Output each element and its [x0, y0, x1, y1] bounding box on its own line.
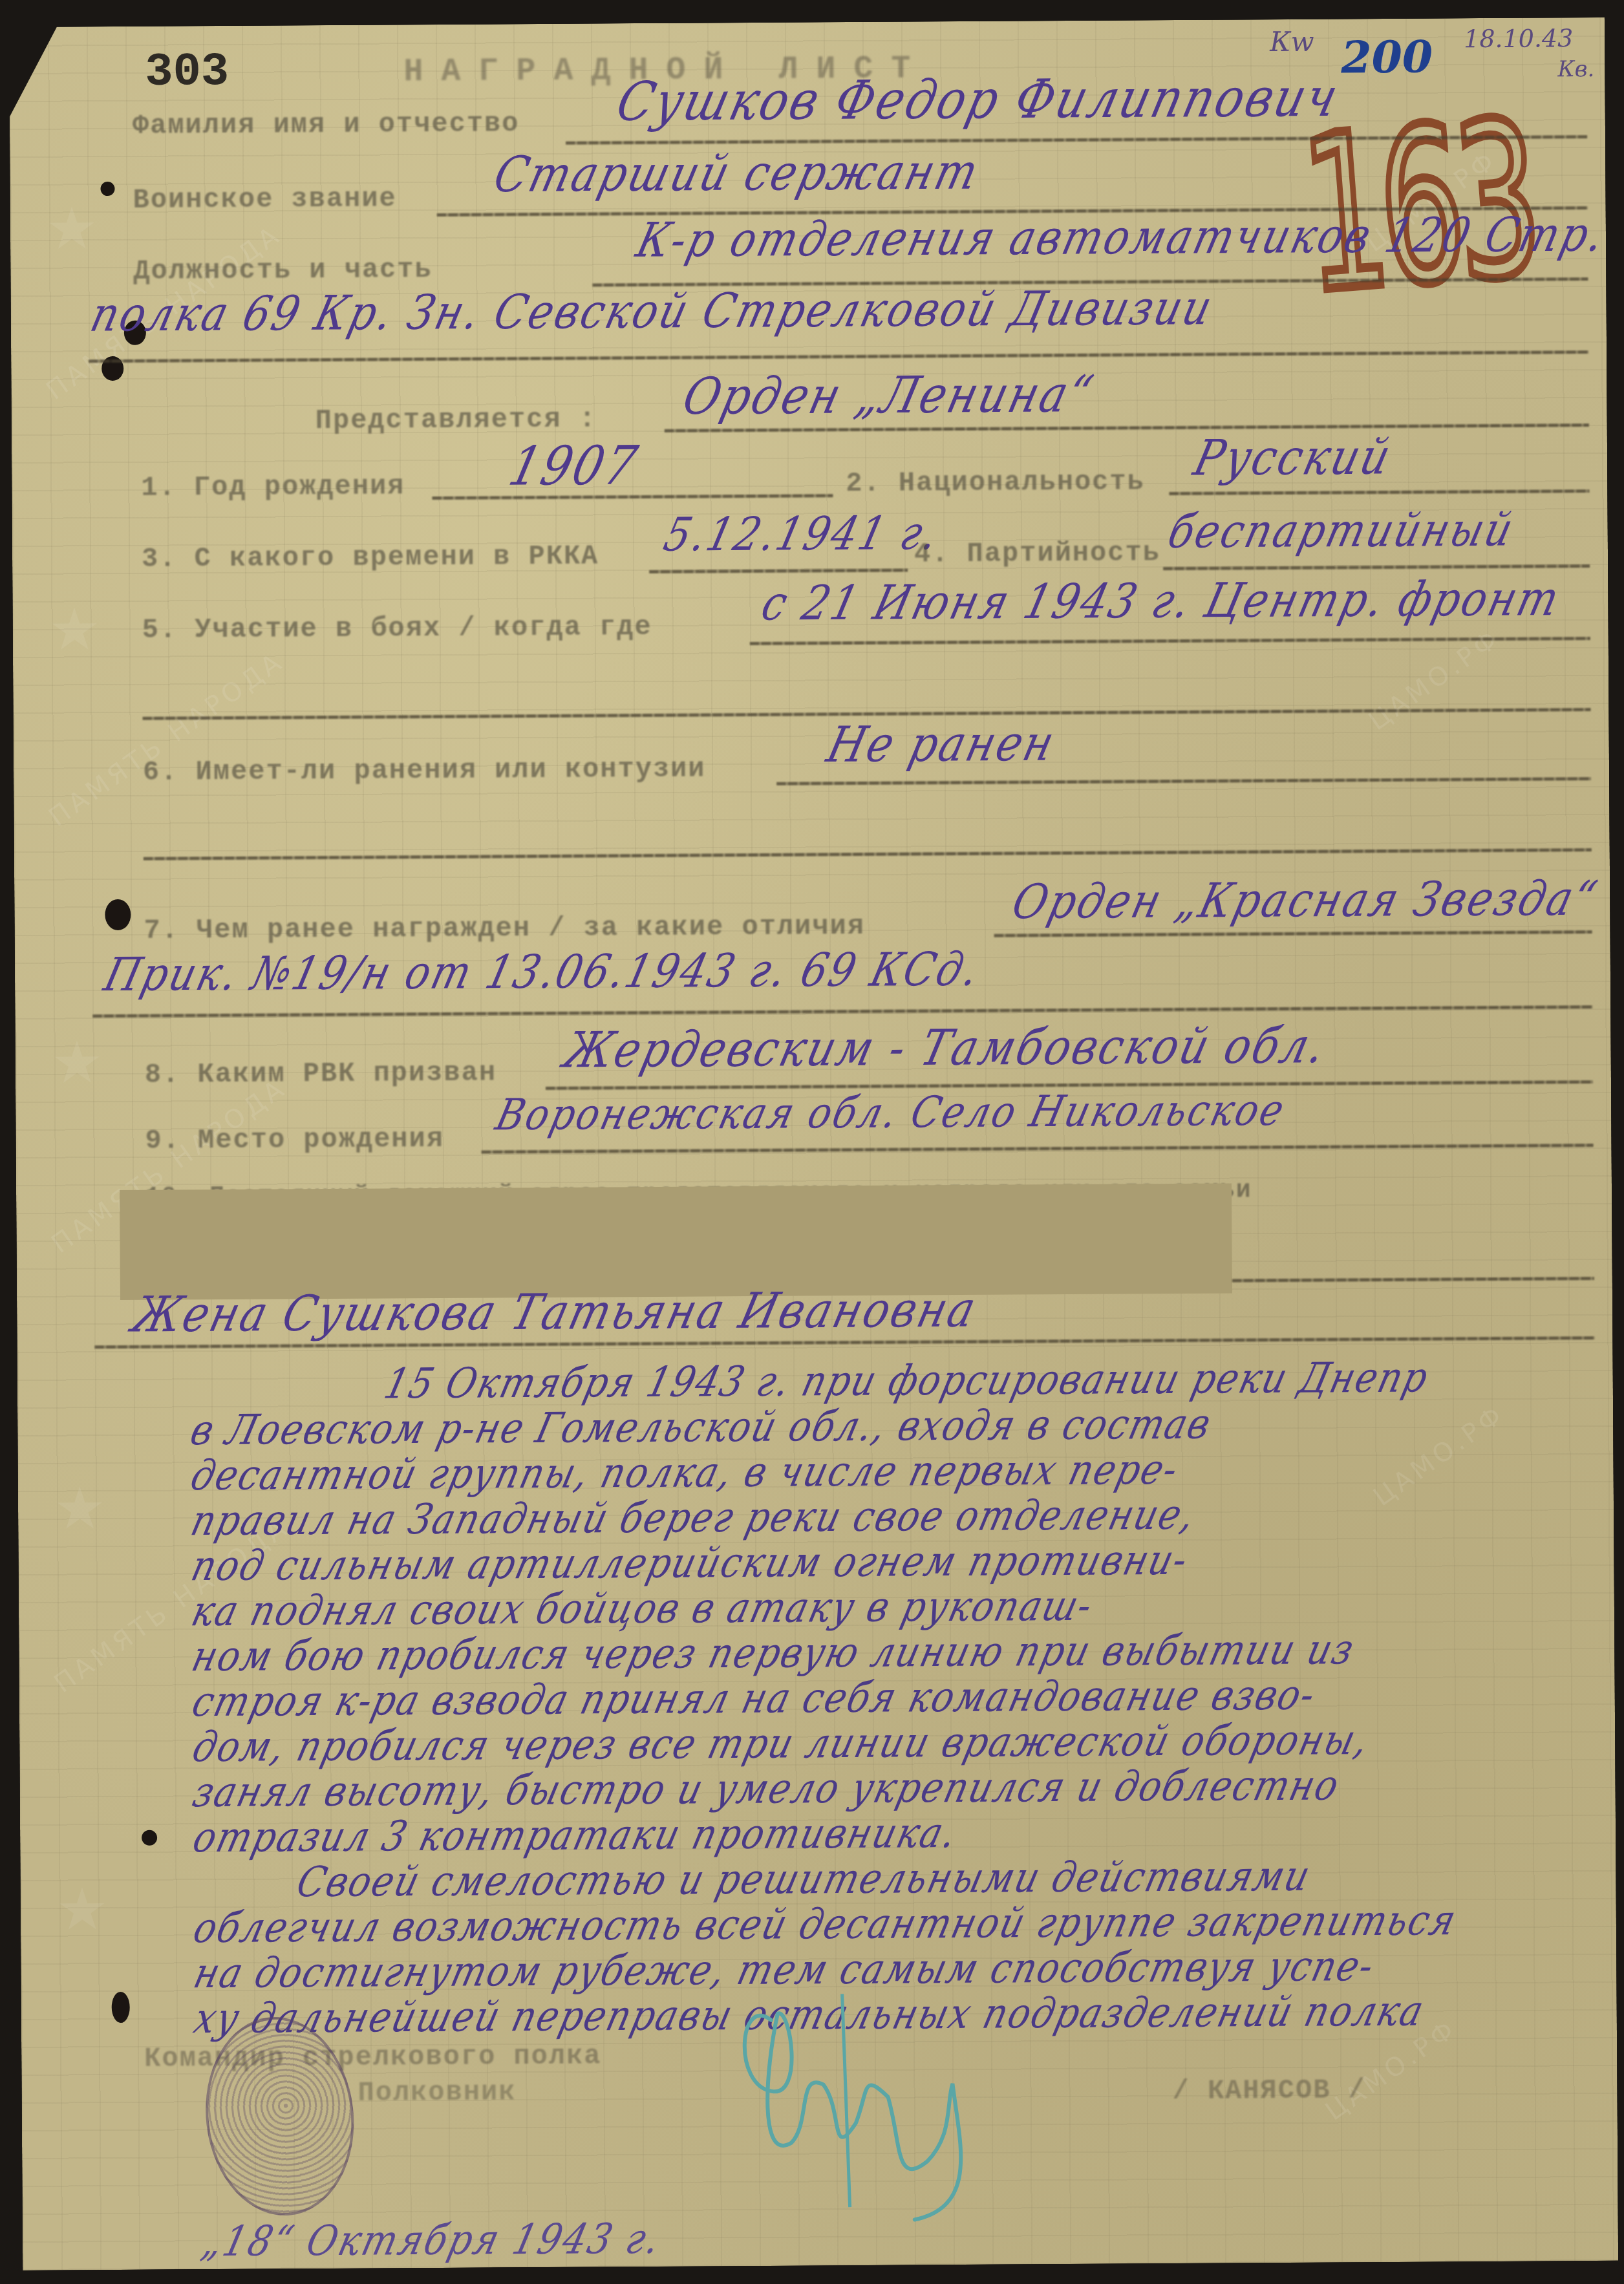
nominated-for-label: Представляется :: [315, 403, 597, 436]
name-label: Фамилия имя и отчество: [133, 108, 520, 142]
watermark-star-icon: ★: [56, 1875, 108, 1943]
party-value: беспартийный: [1163, 502, 1520, 559]
watermark-star-icon: ★: [50, 1029, 103, 1096]
award-sheet: ★ ★ ★ ★ ★ ПАМЯТЬ НАРОДА ПАМЯТЬ НАРОДА ПА…: [9, 17, 1618, 2270]
commander-name: / КАНЯСОВ /: [1172, 2075, 1366, 2107]
drafted-by-value: Жердевским - Тамбовской обл.: [559, 1017, 1332, 1079]
position-value-line2: полка 69 Кр. Зн. Севской Стрелковой Диви…: [85, 281, 1219, 343]
combat-participation-label: 5. Участие в боях / когда где: [142, 612, 652, 646]
registration-number: 200: [1341, 32, 1433, 84]
rank-label: Воинское звание: [133, 183, 396, 215]
service-since-label: 3. С какого времени в РККА: [142, 540, 599, 574]
position-label: Должность и часть: [133, 254, 433, 287]
position-value-line1: К-р отделения автоматчиков 120 Стр.: [631, 208, 1611, 268]
punch-hole: [105, 899, 131, 930]
previous-awards-value-line1: Орден „Красная Звезда“: [1007, 871, 1604, 930]
rank-value: Старший сержант: [489, 143, 985, 203]
watermark-star-icon: ★: [48, 595, 100, 663]
commander-rank: Полковник: [358, 2076, 516, 2108]
commander-signature: [732, 1992, 1186, 2240]
signing-date: „18“ Октября 1943 г.: [197, 2215, 667, 2266]
wounds-value: Не ранен: [822, 715, 1062, 774]
name-value: Сушков Федор Филиппович: [611, 66, 1346, 133]
initials-note: Кв.: [1557, 56, 1594, 82]
narrative-line: занял высоту, быстро и умело укрепился и…: [188, 1762, 1345, 1817]
combat-participation-value: с 21 Июня 1943 г. Центр. фронт: [756, 571, 1566, 632]
birth-year-label: 1. Год рождения: [141, 471, 405, 503]
punch-hole: [100, 182, 114, 196]
wounds-label: 6. Имеет-ли ранения или контузии: [143, 753, 706, 787]
birth-year-value: 1907: [503, 434, 645, 497]
narrative-block: 15 Октября 1943 г. при форсировании реки…: [9, 17, 1605, 27]
nationality-value: Русский: [1188, 428, 1398, 487]
drafted-by-label: 8. Каким РВК призван: [145, 1057, 497, 1090]
nominated-for-value: Орден „Ленина“: [678, 365, 1100, 427]
punch-hole: [142, 1830, 157, 1846]
previous-awards-label: 7. Чем ранее награжден / за какие отличи…: [144, 911, 865, 946]
watermark-star-icon: ★: [54, 1475, 106, 1542]
narrative-line: отразил 3 контратаки противника.: [188, 1809, 962, 1862]
home-address-value: Жена Сушкова Татьяна Ивановна: [127, 1281, 983, 1343]
date-note: 18.10.43: [1464, 24, 1573, 53]
nationality-label: 2. Национальность: [846, 466, 1145, 499]
punch-hole: [112, 1992, 130, 2023]
birthplace-value: Воронежская обл. Село Никольское: [491, 1085, 1291, 1140]
sheet-number: 303: [145, 45, 229, 99]
birthplace-label: 9. Место рождения: [145, 1124, 444, 1157]
party-label: 4. Партийность: [914, 537, 1160, 570]
watermark-text: ЦАМО.РФ: [1368, 1399, 1510, 1512]
narrative-line: 15 Октября 1943 г. при форсировании реки…: [379, 1354, 1434, 1409]
service-since-value: 5.12.1941 г.: [659, 506, 945, 562]
watermark-text: ПАМЯТЬ НАРОДА: [43, 646, 290, 833]
previous-awards-value-line2: Прик. №19/н от 13.06.1943 г. 69 КСд.: [99, 942, 986, 1001]
watermark-star-icon: ★: [46, 195, 98, 262]
kw-mark: Кw: [1270, 26, 1314, 58]
